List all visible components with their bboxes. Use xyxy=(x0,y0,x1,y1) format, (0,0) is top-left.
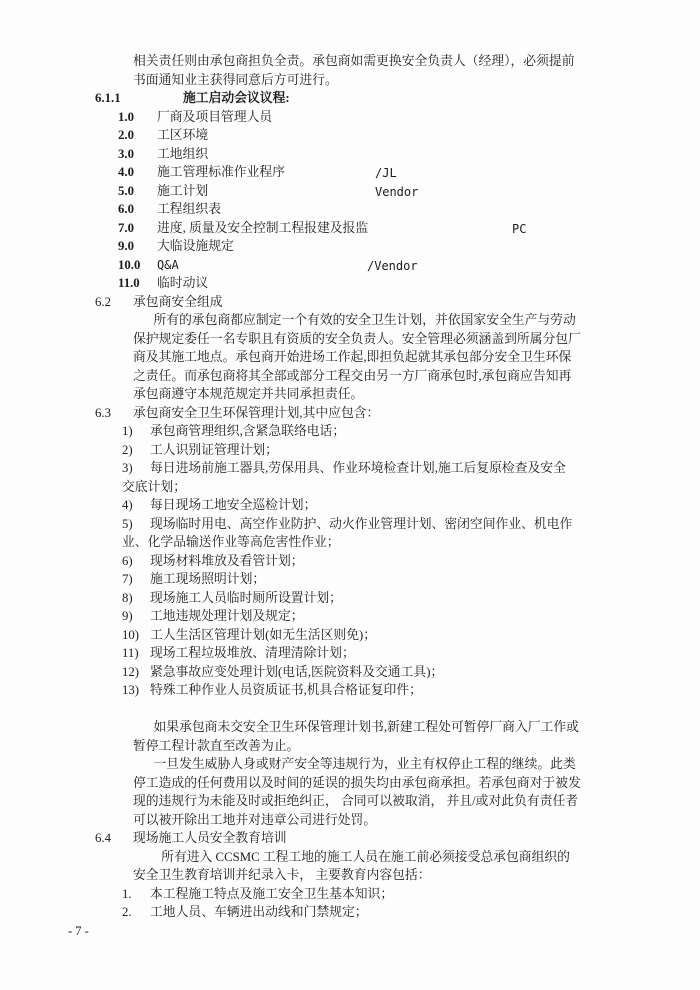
agenda-row: 9.0大临设施规定 xyxy=(118,237,578,256)
section-title: 现场施工人员安全教育培训 xyxy=(133,831,287,845)
agenda-text: 大临设施规定 xyxy=(157,239,234,253)
agenda-text: 施工计划 xyxy=(157,184,208,198)
section-title: 承包商安全组成 xyxy=(133,295,223,309)
section-number: 6.4 xyxy=(95,829,133,848)
item-text: 现场材料堆放及看管计划； xyxy=(150,554,304,568)
checklist-item: 11)现场工程垃圾堆放、清理清除计划； xyxy=(122,644,574,663)
checklist-item: 1)承包商管理组织,含紧急联络电话； xyxy=(122,422,574,441)
agenda-row: 6.0工程组织表 xyxy=(118,200,578,219)
agenda-number: 2.0 xyxy=(118,126,157,145)
agenda-number: 9.0 xyxy=(118,237,157,256)
item-text: 工地人员、车辆进出动线和门禁规定； xyxy=(150,905,368,919)
item-text: 每日现场工地安全巡检计划； xyxy=(150,498,316,512)
agenda-number: 10.0 xyxy=(118,256,157,275)
agenda-row: 10.0Q&A /Vendor xyxy=(118,256,578,275)
item-number: 6) xyxy=(122,552,150,571)
agenda-text: 工程组织表 xyxy=(157,202,221,216)
item-number: 2) xyxy=(122,441,150,460)
checklist-item: 13)特殊工种作业人员资质证书,机具合格证复印件； xyxy=(122,681,574,700)
agenda-number: 7.0 xyxy=(118,219,157,238)
checklist-item: 8)现场施工人员临时厕所设置计划； xyxy=(122,589,574,608)
item-text: 特殊工种作业人员资质证书,机具合格证复印件； xyxy=(150,683,422,697)
agenda-number: 5.0 xyxy=(118,182,157,201)
item-number: 1. xyxy=(122,885,150,904)
item-text: 施工现场照明计划； xyxy=(150,572,265,586)
agenda-number: 6.0 xyxy=(118,200,157,219)
item-text: 紧急事故应变处理计划(电话,医院资料及交通工具)； xyxy=(150,665,443,679)
agenda-annotation: /JL xyxy=(375,164,397,183)
heading-6-1-1: 6.1.1施工启动会议议程: xyxy=(95,89,578,108)
agenda-row: 7.0进度, 质量及安全控制工程报建及报监 PC xyxy=(118,219,578,238)
agenda-number: 11.0 xyxy=(118,274,157,293)
checklist-item: 9)工地违规处理计划及规定； xyxy=(122,607,574,626)
agenda-annotation: Vendor xyxy=(375,183,418,202)
item-number: 9) xyxy=(122,607,150,626)
agenda-text: 厂商及项目管理人员 xyxy=(157,110,272,124)
heading-6-1-1-title: 施工启动会议议程: xyxy=(183,91,290,105)
paragraph-violation-consequence: 一旦发生威胁人身或财产安全等违规行为，业主有权停止工程的继续。此类停工造成的任何… xyxy=(133,755,581,829)
checklist-item: 4)每日现场工地安全巡检计划； xyxy=(122,496,574,515)
checklist-item: 7)施工现场照明计划； xyxy=(122,570,574,589)
item-number: 11) xyxy=(122,644,150,663)
heading-6-1-1-number: 6.1.1 xyxy=(95,89,183,108)
training-item: 2.工地人员、车辆进出动线和门禁规定； xyxy=(122,903,574,922)
agenda-text: Q&A xyxy=(157,258,179,272)
page-number: - 7 - xyxy=(68,924,89,939)
item-number: 5) xyxy=(122,515,150,534)
agenda-number: 1.0 xyxy=(118,108,157,127)
agenda-text: 工区环境 xyxy=(157,128,208,142)
section-6-2-heading: 6.2承包商安全组成 xyxy=(95,293,578,312)
agenda-row: 1.0厂商及项目管理人员 xyxy=(118,108,578,127)
blank-line xyxy=(95,700,578,719)
agenda-text: 工地组织 xyxy=(157,147,208,161)
item-text: 工人识别证管理计划； xyxy=(150,443,278,457)
item-number: 1) xyxy=(122,422,150,441)
checklist-item: 10)工人生活区管理计划(如无生活区则免)； xyxy=(122,626,574,645)
document-page: 相关责任则由承包商担负全责。承包商如需更换安全负责人（经理），必须提前书面通知业… xyxy=(0,0,700,990)
item-number: 7) xyxy=(122,570,150,589)
section-6-4-heading: 6.4现场施工人员安全教育培训 xyxy=(95,829,578,848)
agenda-row: 5.0施工计划 Vendor xyxy=(118,182,578,201)
item-text: 现场施工人员临时厕所设置计划； xyxy=(150,591,342,605)
agenda-row: 3.0工地组织 xyxy=(118,145,578,164)
document-content: 相关责任则由承包商担负全责。承包商如需更换安全负责人（经理），必须提前书面通知业… xyxy=(95,52,578,922)
section-6-2-paragraph: 所有的承包商都应制定一个有效的安全卫生计划，并依国家安全生产与劳动保护规定委任一… xyxy=(133,311,581,404)
item-text: 每日进场前施工器具,劳保用具、作业环境检查计划,施工后复原检查及安全交底计划； xyxy=(122,461,566,494)
item-text: 现场临时用电、高空作业防护、动火作业管理计划、密闭空间作业、机电作业、化学品输送… xyxy=(122,517,572,550)
item-number: 4) xyxy=(122,496,150,515)
checklist-item: 3)每日进场前施工器具,劳保用具、作业环境检查计划,施工后复原检查及安全交底计划… xyxy=(122,459,574,496)
item-number: 10) xyxy=(122,626,150,645)
section-title: 承包商安全卫生环保管理计划,其中应包含： xyxy=(133,406,379,420)
item-text: 现场工程垃圾堆放、清理清除计划； xyxy=(150,646,355,660)
agenda-row: 4.0施工管理标准作业程序 /JL xyxy=(118,163,578,182)
agenda-row: 11.0临时动议 xyxy=(118,274,578,293)
agenda-text: 进度, 质量及安全控制工程报建及报监 xyxy=(157,221,368,235)
agenda-row: 2.0工区环境 xyxy=(118,126,578,145)
checklist-item: 6)现场材料堆放及看管计划； xyxy=(122,552,574,571)
agenda-text: 临时动议 xyxy=(157,276,208,290)
training-item: 1.本工程施工特点及施工安全卫生基本知识； xyxy=(122,885,574,904)
agenda-number: 3.0 xyxy=(118,145,157,164)
agenda-annotation: PC xyxy=(512,220,526,239)
section-number: 6.2 xyxy=(95,293,133,312)
item-number: 12) xyxy=(122,663,150,682)
item-number: 8) xyxy=(122,589,150,608)
checklist-item: 12)紧急事故应变处理计划(电话,医院资料及交通工具)； xyxy=(122,663,574,682)
checklist-item: 2)工人识别证管理计划； xyxy=(122,441,574,460)
section-number: 6.3 xyxy=(95,404,133,423)
agenda-number: 4.0 xyxy=(118,163,157,182)
item-text: 工地违规处理计划及规定； xyxy=(150,609,304,623)
agenda-annotation: /Vendor xyxy=(367,257,418,276)
section-6-3-heading: 6.3承包商安全卫生环保管理计划,其中应包含： xyxy=(95,404,578,423)
section-6-4-paragraph: 所有进入 CCSMC 工程工地的施工人员在施工前必须接受总承包商组织的安全卫生教… xyxy=(133,848,581,885)
item-number: 2. xyxy=(122,903,150,922)
item-text: 承包商管理组织,含紧急联络电话； xyxy=(150,424,345,438)
item-text: 本工程施工特点及施工安全卫生基本知识； xyxy=(150,887,393,901)
agenda-text: 施工管理标准作业程序 xyxy=(157,165,285,179)
item-number: 13) xyxy=(122,681,150,700)
item-text: 工人生活区管理计划(如无生活区则免)； xyxy=(150,628,376,642)
checklist-item: 5)现场临时用电、高空作业防护、动火作业管理计划、密闭空间作业、机电作业、化学品… xyxy=(122,515,574,552)
continued-paragraph: 相关责任则由承包商担负全责。承包商如需更换安全负责人（经理），必须提前书面通知业… xyxy=(133,52,581,89)
item-number: 3) xyxy=(122,459,150,478)
paragraph-plan-missing: 如果承包商未交安全卫生环保管理计划书,新建工程处可暂停厂商入厂工作或暂停工程计款… xyxy=(133,718,581,755)
